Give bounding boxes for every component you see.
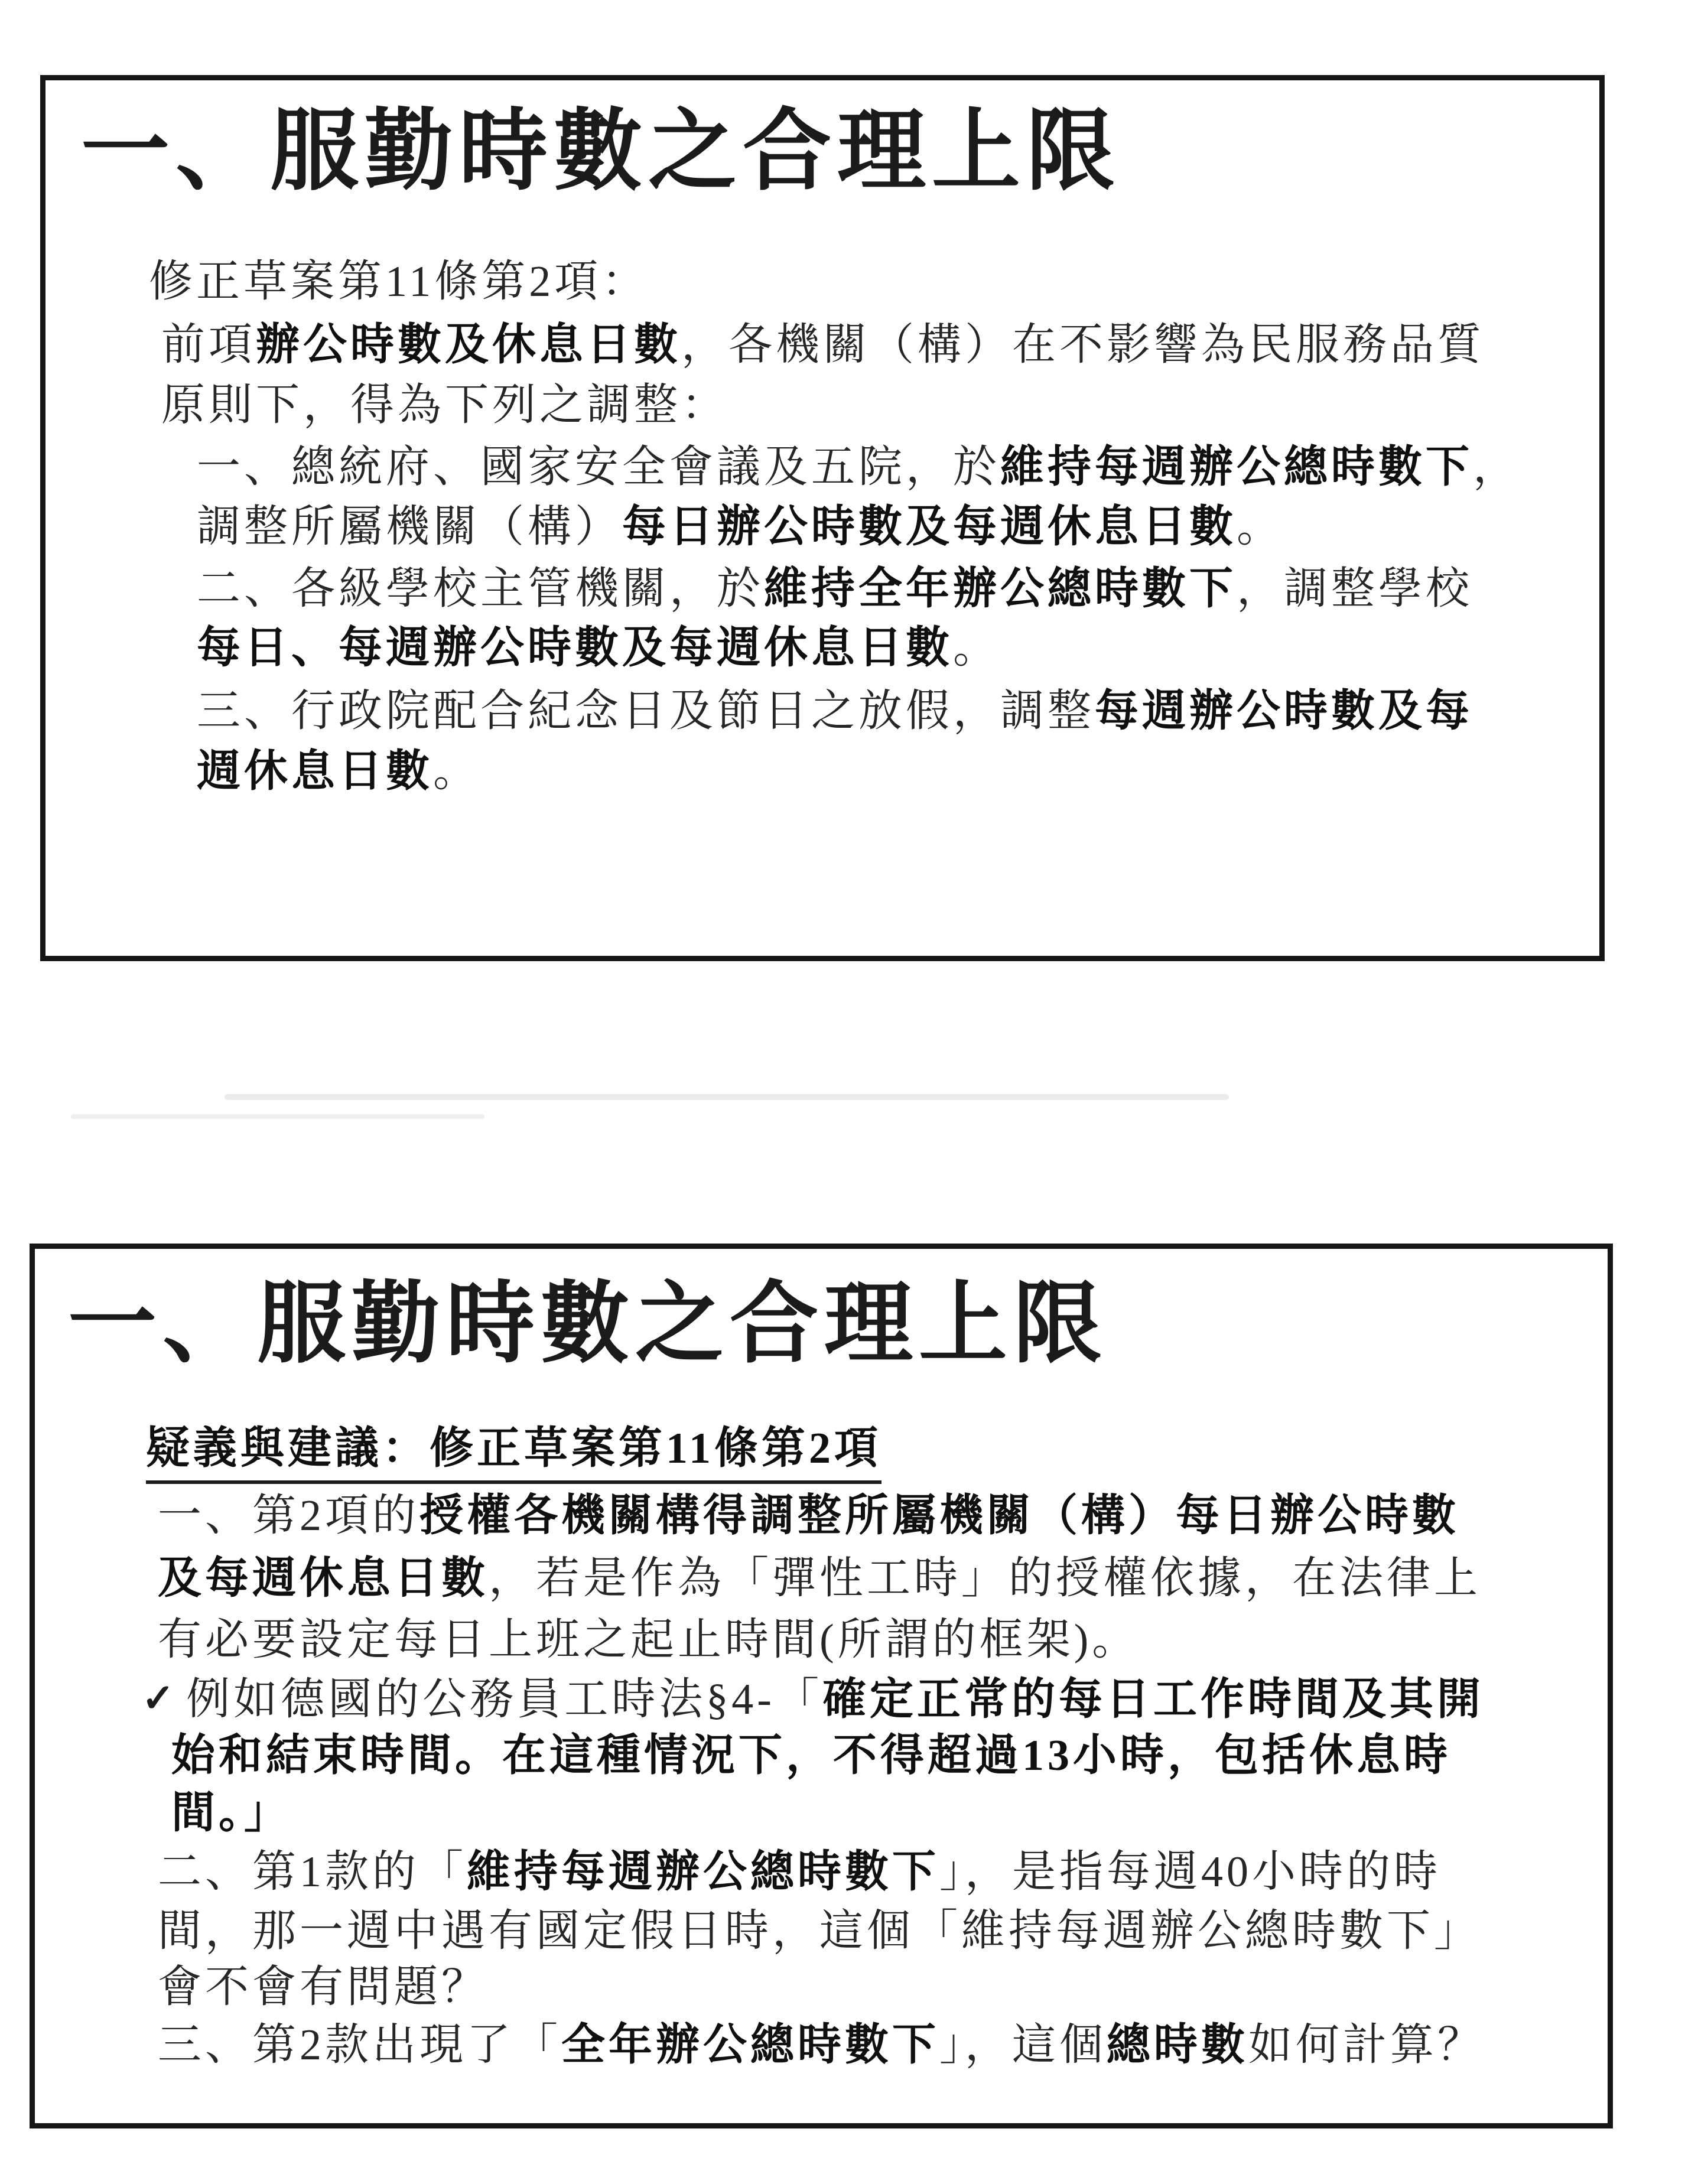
comment-item-2-line-1: 二、第1款的「維持每週辦公總時數下」，是指每週40小時的時 bbox=[158, 1850, 1441, 1896]
list-item-3-line-1: 三、行政院配合紀念日及節日之放假，調整每週辦公時數及每 bbox=[197, 689, 1473, 735]
text-segment: 前項 bbox=[161, 321, 256, 369]
text-segment-bold: 每日、每週辦公時數及每週休息日數 bbox=[197, 624, 953, 672]
check-bullet-line-3: 間。」 bbox=[171, 1791, 291, 1837]
text-segment-bold: 全年辦公總時數下 bbox=[561, 2021, 939, 2069]
list-item-3-line-2: 週休息日數。 bbox=[197, 749, 480, 795]
text-segment-bold: 總時數 bbox=[1107, 2021, 1248, 2069]
text-segment-bold: 授權各機關構得調整所屬機關（構）每日辦公時數 bbox=[419, 1492, 1459, 1540]
text-segment-bold: 疑義與建議：修正草案第11條第2項 bbox=[146, 1424, 881, 1473]
check-icon: ✓ bbox=[142, 1678, 178, 1719]
text-segment: 如何計算？ bbox=[1248, 2021, 1485, 2069]
text-segment: 有必要設定每日上班之起止時間(所謂的框架)。 bbox=[158, 1616, 1139, 1664]
check-bullet-line-1: ✓例如德國的公務員工時法§4-「確定正常的每日工作時間及其開 bbox=[142, 1677, 1484, 1723]
provision-paragraph-line-1: 前項辦公時數及休息日數，各機關（構）在不影響為民服務品質 bbox=[161, 323, 1485, 369]
text-segment: 調整所屬機關（構） bbox=[197, 503, 622, 551]
text-segment-bold: 間。」 bbox=[171, 1789, 291, 1837]
text-segment-bold: 維持每週辦公總時數下 bbox=[1000, 443, 1473, 492]
text-segment: 。 bbox=[433, 747, 480, 796]
underlined-heading: 疑義與建議：修正草案第11條第2項 bbox=[146, 1426, 881, 1484]
text-segment-bold: 始和結束時間。在這種情況下，不得超過13小時，包括休息時 bbox=[171, 1731, 1451, 1780]
text-segment-bold: 辦公時數及休息日數 bbox=[256, 321, 681, 369]
slide-2: 一、服勤時數之合理上限 疑義與建議：修正草案第11條第2項 一、第2項的授權各機… bbox=[30, 1244, 1613, 2128]
slide-2-title: 一、服勤時數之合理上限 bbox=[68, 1280, 1108, 1369]
slide-1-title: 一、服勤時數之合理上限 bbox=[81, 108, 1121, 196]
scanned-document-page: { "slide1": { "title": "一、服勤時數之合理上限", "l… bbox=[0, 0, 1685, 2184]
text-segment: 間，那一週中遇有國定假日時，這個「維持每週辦公總時數下」 bbox=[158, 1907, 1481, 1955]
text-segment: 修正草案第11條第2項： bbox=[149, 258, 649, 306]
text-segment: 。 bbox=[1237, 503, 1284, 551]
text-segment: 二、第1款的「 bbox=[158, 1848, 467, 1896]
text-segment: 三、第2款出現了「 bbox=[158, 2021, 561, 2069]
text-segment: 二、各級學校主管機關，於 bbox=[197, 565, 764, 613]
text-segment: ，調整學校 bbox=[1237, 565, 1473, 613]
text-segment: 」，這個 bbox=[939, 2021, 1107, 2069]
scan-artifact bbox=[225, 1094, 1229, 1100]
text-segment: ，若是作為「彈性工時」的授權依據，在法律上 bbox=[489, 1554, 1481, 1603]
comment-item-2-line-3: 會不會有問題？ bbox=[158, 1965, 489, 2011]
text-segment-bold: 及每週休息日數 bbox=[158, 1554, 489, 1603]
text-segment: 」，是指每週40小時的時 bbox=[939, 1848, 1441, 1896]
text-segment: 原則下，得為下列之調整： bbox=[161, 381, 728, 429]
list-item-2-line-1: 二、各級學校主管機關，於維持全年辦公總時數下，調整學校 bbox=[197, 567, 1473, 613]
text-segment: ， bbox=[1473, 443, 1520, 492]
list-item-1-line-2: 調整所屬機關（構）每日辦公時數及每週休息日數。 bbox=[197, 504, 1284, 551]
comment-item-3-line-1: 三、第2款出現了「全年辦公總時數下」，這個總時數如何計算？ bbox=[158, 2023, 1485, 2069]
slide-1: 一、服勤時數之合理上限 修正草案第11條第2項： 前項辦公時數及休息日數，各機關… bbox=[40, 75, 1605, 961]
text-segment: 一、總統府、國家安全會議及五院，於 bbox=[197, 443, 1000, 492]
text-segment-bold: 週休息日數 bbox=[197, 747, 433, 796]
text-segment: 三、行政院配合紀念日及節日之放假，調整 bbox=[197, 687, 1095, 735]
text-segment: 會不會有問題？ bbox=[158, 1963, 489, 2012]
comment-item-2-line-2: 間，那一週中遇有國定假日時，這個「維持每週辦公總時數下」 bbox=[158, 1909, 1481, 1955]
text-segment-bold: 每週辦公時數及每 bbox=[1095, 687, 1473, 735]
text-segment: 一、第2項的 bbox=[158, 1492, 419, 1540]
text-segment-bold: 每日辦公時數及每週休息日數 bbox=[622, 503, 1237, 551]
comment-item-1-line-3: 有必要設定每日上班之起止時間(所謂的框架)。 bbox=[158, 1617, 1139, 1664]
scan-artifact bbox=[71, 1114, 484, 1119]
comments-heading: 疑義與建議：修正草案第11條第2項 bbox=[146, 1426, 881, 1484]
comment-item-1-line-1: 一、第2項的授權各機關構得調整所屬機關（構）每日辦公時數 bbox=[158, 1493, 1459, 1539]
text-segment-bold: 維持全年辦公總時數下 bbox=[764, 565, 1237, 613]
text-segment-bold: 維持每週辦公總時數下 bbox=[467, 1848, 939, 1896]
list-item-2-line-2: 每日、每週辦公時數及每週休息日數。 bbox=[197, 626, 1000, 672]
list-item-1-line-1: 一、總統府、國家安全會議及五院，於維持每週辦公總時數下， bbox=[197, 445, 1520, 491]
amendment-ref-heading: 修正草案第11條第2項： bbox=[149, 259, 649, 305]
text-segment: 。 bbox=[953, 624, 1000, 672]
text-segment: ，各機關（構）在不影響為民服務品質 bbox=[681, 321, 1485, 369]
text-segment-bold: 確定正常的每日工作時間及其開 bbox=[822, 1675, 1484, 1724]
comment-item-1-line-2: 及每週休息日數，若是作為「彈性工時」的授權依據，在法律上 bbox=[158, 1556, 1481, 1602]
check-bullet-line-2: 始和結束時間。在這種情況下，不得超過13小時，包括休息時 bbox=[171, 1733, 1451, 1779]
text-segment: 例如德國的公務員工時法§4-「 bbox=[186, 1675, 822, 1724]
provision-paragraph-line-2: 原則下，得為下列之調整： bbox=[161, 383, 728, 429]
